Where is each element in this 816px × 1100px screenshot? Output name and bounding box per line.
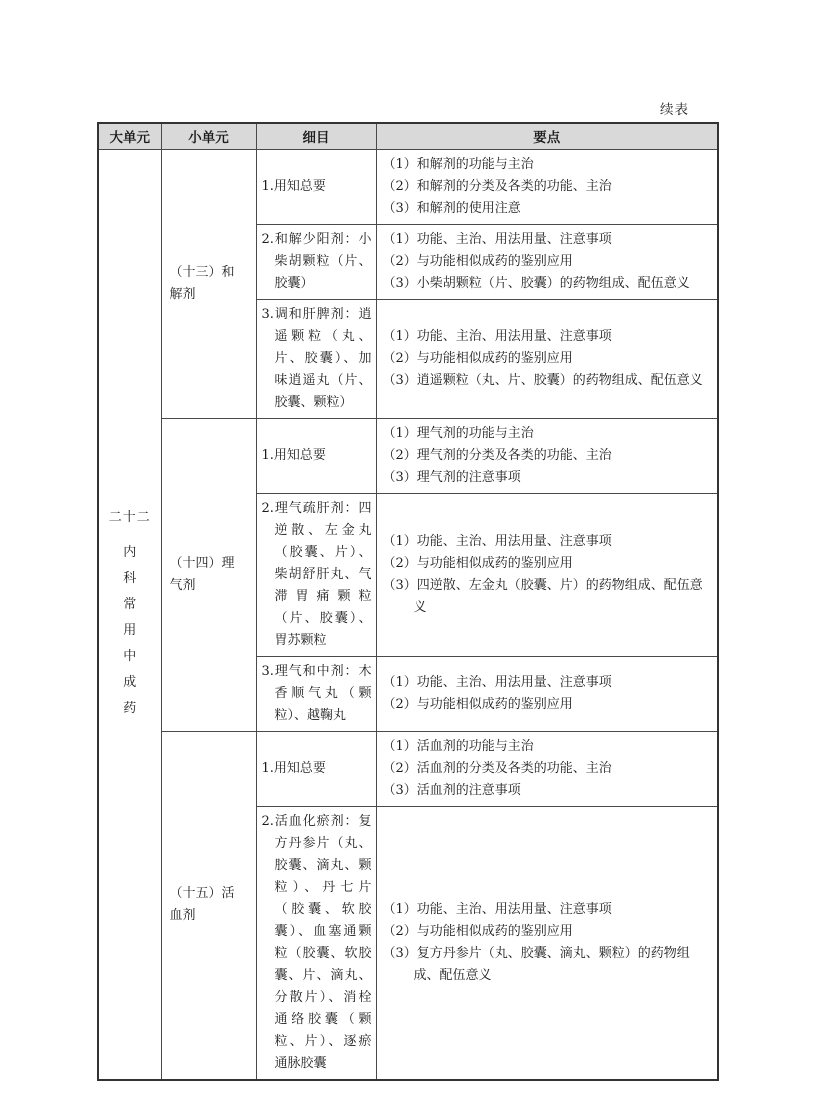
item-cell: 1.用知总要 bbox=[256, 418, 376, 493]
header-sub-unit: 小单元 bbox=[161, 123, 256, 149]
point-line: （2）与功能相似成药的鉴别应用 bbox=[383, 348, 712, 370]
table-row: （十四）理气剂 1.用知总要 （1）理气剂的功能与主治 （2）理气剂的分类及各类… bbox=[98, 418, 718, 493]
item-cell: 1.用知总要 bbox=[256, 149, 376, 224]
point-line: （3）逍遥颗粒（丸、片、胶囊）的药物组成、配伍意义 bbox=[383, 370, 712, 392]
point-line: （1）理气剂的功能与主治 bbox=[383, 423, 712, 445]
point-line: （2）理气剂的分类及各类的功能、主治 bbox=[383, 445, 712, 467]
point-line: （1）和解剂的功能与主治 bbox=[383, 154, 712, 176]
points-cell: （1）功能、主治、用法用量、注意事项 （2）与功能相似成药的鉴别应用 （3）四逆… bbox=[376, 493, 718, 656]
point-line: （3）活血剂的注意事项 bbox=[383, 780, 712, 802]
points-cell: （1）功能、主治、用法用量、注意事项 （2）与功能相似成药的鉴别应用 （3）逍遥… bbox=[376, 299, 718, 418]
point-line: （2）与功能相似成药的鉴别应用 bbox=[383, 694, 712, 716]
item-cell: 1.用知总要 bbox=[256, 731, 376, 806]
point-line: （1）功能、主治、用法用量、注意事项 bbox=[383, 672, 712, 694]
major-unit-number: 二十二 bbox=[109, 506, 151, 530]
point-line: （2）与功能相似成药的鉴别应用 bbox=[383, 553, 712, 575]
points-cell: （1）功能、主治、用法用量、注意事项 （2）与功能相似成药的鉴别应用 （3）复方… bbox=[376, 806, 718, 1080]
header-major-unit: 大单元 bbox=[98, 123, 161, 149]
points-cell: （1）和解剂的功能与主治 （2）和解剂的分类及各类的功能、主治 （3）和解剂的使… bbox=[376, 149, 718, 224]
item-cell: 2.活血化瘀剂：复方丹参片（丸、胶囊、滴丸、颗粒）、丹七片（胶囊、软胶囊）、血塞… bbox=[256, 806, 376, 1080]
points-cell: （1）功能、主治、用法用量、注意事项 （2）与功能相似成药的鉴别应用 bbox=[376, 656, 718, 731]
header-row: 大单元 小单元 细目 要点 bbox=[98, 123, 718, 149]
point-line: （2）和解剂的分类及各类的功能、主治 bbox=[383, 176, 712, 198]
header-points: 要点 bbox=[376, 123, 718, 149]
header-item: 细目 bbox=[256, 123, 376, 149]
points-cell: （1）活血剂的功能与主治 （2）活血剂的分类及各类的功能、主治 （3）活血剂的注… bbox=[376, 731, 718, 806]
point-line: （1）功能、主治、用法用量、注意事项 bbox=[383, 531, 712, 553]
points-cell: （1）理气剂的功能与主治 （2）理气剂的分类及各类的功能、主治 （3）理气剂的注… bbox=[376, 418, 718, 493]
sub-unit-cell-14: （十四）理气剂 bbox=[161, 418, 256, 731]
point-line: （3）理气剂的注意事项 bbox=[383, 467, 712, 489]
table-row: 二十二 内 科 常 用 中 成 药 （十三）和解剂 1.用知总要 （1）和解剂的… bbox=[98, 149, 718, 224]
item-cell: 3.理气和中剂：木香顺气丸（颗粒）、越鞠丸 bbox=[256, 656, 376, 731]
point-line: （2）与功能相似成药的鉴别应用 bbox=[383, 921, 712, 943]
sub-unit-cell-13: （十三）和解剂 bbox=[161, 149, 256, 418]
point-line: （1）功能、主治、用法用量、注意事项 bbox=[383, 229, 712, 251]
item-cell: 2.理气疏肝剂：四逆散、左金丸（胶囊、片）、柴胡舒肝丸、气滞胃痛颗粒（片、胶囊）… bbox=[256, 493, 376, 656]
point-line: （1）功能、主治、用法用量、注意事项 bbox=[383, 326, 712, 348]
major-unit-vertical-text: 二十二 内 科 常 用 中 成 药 bbox=[99, 506, 161, 722]
table-row: （十五）活血剂 1.用知总要 （1）活血剂的功能与主治 （2）活血剂的分类及各类… bbox=[98, 731, 718, 806]
point-line: （3）小柴胡颗粒（片、胶囊）的药物组成、配伍意义 bbox=[383, 273, 712, 295]
continued-table-label: 续表 bbox=[97, 98, 717, 118]
item-cell: 3.调和肝脾剂：逍遥颗粒（丸、片、胶囊）、加味逍遥丸（片、胶囊、颗粒） bbox=[256, 299, 376, 418]
point-line: （3）复方丹参片（丸、胶囊、滴丸、颗粒）的药物组成、配伍意义 bbox=[383, 943, 712, 987]
point-line: （1）功能、主治、用法用量、注意事项 bbox=[383, 899, 712, 921]
point-line: （3）四逆散、左金丸（胶囊、片）的药物组成、配伍意义 bbox=[383, 575, 712, 619]
major-unit-cell: 二十二 内 科 常 用 中 成 药 bbox=[98, 149, 161, 1080]
points-cell: （1）功能、主治、用法用量、注意事项 （2）与功能相似成药的鉴别应用 （3）小柴… bbox=[376, 224, 718, 299]
sub-unit-cell-15: （十五）活血剂 bbox=[161, 731, 256, 1080]
point-line: （3）和解剂的使用注意 bbox=[383, 198, 712, 220]
point-line: （1）活血剂的功能与主治 bbox=[383, 736, 712, 758]
exam-outline-table: 大单元 小单元 细目 要点 二十二 内 科 常 用 中 成 药 （十三）和解剂 … bbox=[97, 122, 719, 1081]
item-cell: 2.和解少阳剂：小柴胡颗粒（片、胶囊） bbox=[256, 224, 376, 299]
point-line: （2）活血剂的分类及各类的功能、主治 bbox=[383, 758, 712, 780]
point-line: （2）与功能相似成药的鉴别应用 bbox=[383, 251, 712, 273]
